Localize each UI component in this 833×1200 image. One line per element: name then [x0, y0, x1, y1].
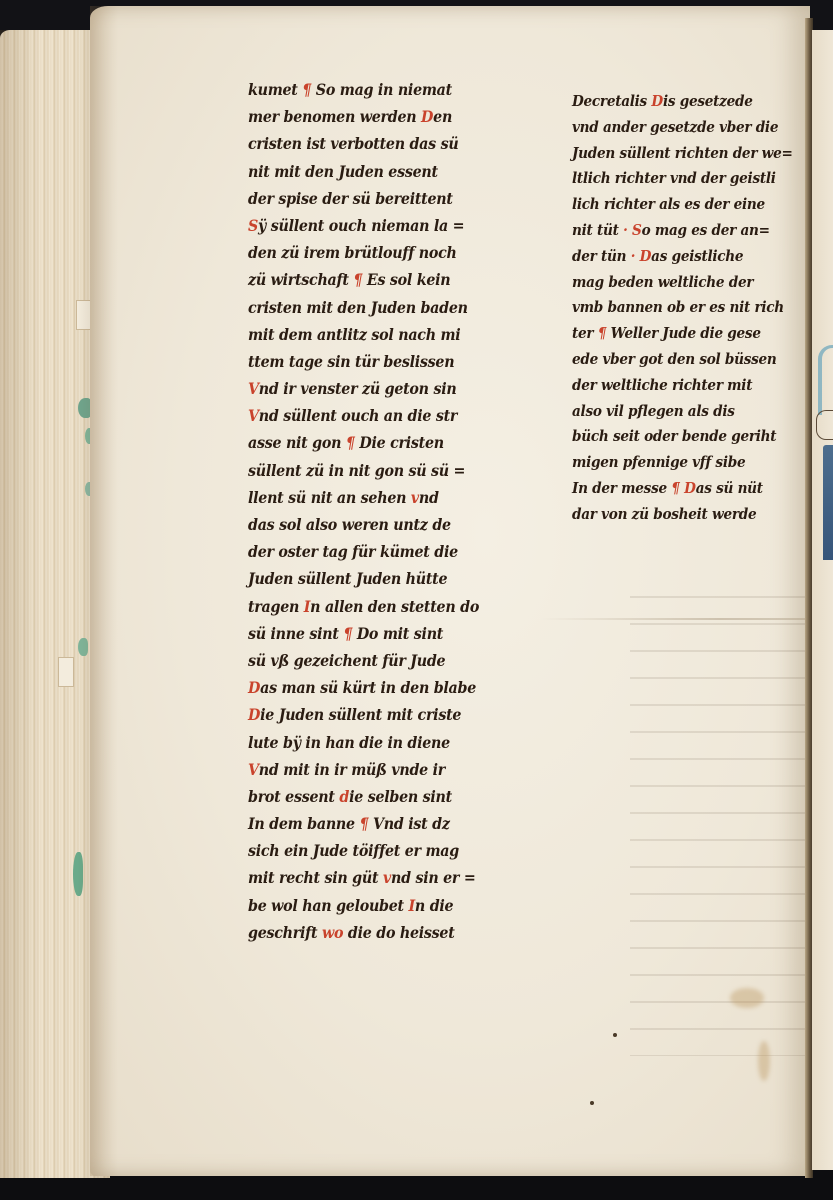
text-segment: ltlich richter vnd der geistli — [572, 170, 776, 187]
ink-speck — [613, 1033, 617, 1037]
rubric-mark: D — [421, 107, 433, 126]
text-segment: be wol han geloubet — [248, 896, 409, 915]
text-segment: büch seit oder bende geriht — [572, 428, 776, 445]
manuscript-line: geschrift wo die do heisset — [248, 919, 524, 946]
facing-page-illumination-blue-arc — [818, 345, 833, 415]
text-segment: Do mit sint — [357, 624, 443, 643]
manuscript-line: Die Juden süllent mit criste — [248, 701, 524, 728]
manuscript-line: sü vß gezeichent für Jude — [248, 647, 524, 674]
text-segment: zü wirtschaft — [248, 270, 353, 289]
text-segment: as man sü kürt in den blabe — [260, 678, 476, 697]
text-segment: cristen ist verbotten das sü — [248, 134, 458, 153]
green-illumination-edge-mark — [73, 852, 83, 896]
text-segment: tragen — [248, 597, 304, 616]
rubric-mark: v — [411, 488, 419, 507]
text-column-right: Decretalis Dis gesetzedevnd ander gesetz… — [572, 89, 800, 528]
text-segment: ie Juden süllent mit criste — [260, 705, 461, 724]
manuscript-line: der oster tag für kümet die — [248, 538, 524, 565]
manuscript-line: mit dem antlitz sol nach mi — [248, 321, 524, 348]
rubric-mark: D — [248, 705, 260, 724]
text-segment: nit tüt — [572, 222, 623, 239]
manuscript-line: zü wirtschaft ¶ Es sol kein — [248, 266, 524, 293]
text-segment: en — [433, 107, 452, 126]
text-segment: dar von zü bosheit werde — [572, 506, 756, 523]
text-segment: Vnd ist dz — [373, 814, 450, 833]
text-segment: asse nit gon — [248, 433, 346, 452]
manuscript-line: büch seit oder bende geriht — [572, 424, 782, 450]
manuscript-line: cristen mit den Juden baden — [248, 294, 524, 321]
rubric-mark: d — [339, 787, 349, 806]
rubric-mark: V — [248, 406, 259, 425]
rubric-mark: S — [248, 216, 258, 235]
text-segment: die do heisset — [343, 923, 454, 942]
rubric-mark: ¶ — [346, 433, 359, 452]
manuscript-line: Das man sü kürt in den blabe — [248, 674, 524, 701]
rubric-mark: D — [651, 93, 663, 110]
manuscript-line: lute bÿ in han die in diene — [248, 729, 524, 756]
text-segment: vmb bannen ob er es nit rich — [572, 299, 784, 316]
manuscript-line: Decretalis Dis gesetzede — [572, 89, 782, 115]
manuscript-line: migen pfennige vff sibe — [572, 450, 782, 476]
text-segment: sü inne sint — [248, 624, 343, 643]
manuscript-line: Vnd süllent ouch an die str — [248, 402, 524, 429]
text-segment: kumet — [248, 80, 302, 99]
manuscript-line: ttem tage sin tür beslissen — [248, 348, 524, 375]
manuscript-line: nit tüt · So mag es der an= — [572, 218, 782, 244]
manuscript-line: der tün · Das geistliche — [572, 244, 782, 270]
text-segment: as sü nüt — [696, 480, 763, 497]
text-segment: n allen den stetten do — [310, 597, 479, 616]
text-segment: vnd ander gesetzde vber die — [572, 119, 778, 136]
manuscript-line: nit mit den Juden essent — [248, 158, 524, 185]
page-fold-shadow — [90, 6, 118, 1176]
rubric-mark: ¶ — [671, 480, 684, 497]
manuscript-line: vmb bannen ob er es nit rich — [572, 295, 782, 321]
manuscript-line: der spise der sü bereittent — [248, 185, 524, 212]
text-segment: n die — [415, 896, 453, 915]
text-segment: also vil pflegen als dis — [572, 403, 735, 420]
manuscript-line: Juden süllent richten der we= — [572, 141, 782, 167]
text-segment: ter — [572, 325, 598, 342]
rubric-mark: ¶ — [343, 624, 356, 643]
text-segment: Juden süllent Juden hütte — [248, 569, 447, 588]
text-segment: das sol also weren untz de — [248, 515, 451, 534]
text-segment: cristen mit den Juden baden — [248, 298, 468, 317]
facing-page-illumination-blue-figure — [823, 445, 833, 560]
manuscript-line: den zü irem brütlouff noch — [248, 239, 524, 266]
manuscript-line: asse nit gon ¶ Die cristen — [248, 429, 524, 456]
page-tab-lower — [58, 657, 74, 687]
facing-page-edge — [812, 30, 833, 1170]
text-segment: der weltliche richter mit — [572, 377, 752, 394]
text-segment: Es sol kein — [367, 270, 450, 289]
manuscript-line: lich richter als es der eine — [572, 192, 782, 218]
manuscript-line: mag beden weltliche der — [572, 270, 782, 296]
text-segment: nd sin er = — [391, 868, 476, 887]
text-segment: brot essent — [248, 787, 339, 806]
rubric-mark: ¶ — [360, 814, 373, 833]
manuscript-line: In dem banne ¶ Vnd ist dz — [248, 810, 524, 837]
manuscript-line: ltlich richter vnd der geistli — [572, 166, 782, 192]
text-segment: So mag in niemat — [316, 80, 452, 99]
text-segment: Die cristen — [359, 433, 443, 452]
rubric-mark: V — [248, 760, 259, 779]
text-segment: In der messe — [572, 480, 671, 497]
rubric-mark: ¶ — [598, 325, 611, 342]
text-segment: nit mit den Juden essent — [248, 162, 438, 181]
text-segment: nd ir venster zü geton sin — [259, 379, 457, 398]
rubric-mark: ¶ — [302, 80, 315, 99]
manuscript-line: tragen In allen den stetten do — [248, 593, 524, 620]
manuscript-line: brot essent die selben sint — [248, 783, 524, 810]
text-column-left: kumet ¶ So mag in niematmer benomen werd… — [248, 76, 548, 946]
text-segment: der oster tag für kümet die — [248, 542, 458, 561]
text-segment: nd süllent ouch an die str — [259, 406, 457, 425]
manuscript-line: cristen ist verbotten das sü — [248, 130, 524, 157]
text-segment: Decretalis — [572, 93, 651, 110]
manuscript-line: mer benomen werden Den — [248, 103, 524, 130]
text-segment: ie selben sint — [349, 787, 452, 806]
rubric-mark: D — [684, 480, 696, 497]
foxing-stain — [730, 988, 764, 1008]
text-segment: is gesetzede — [663, 93, 753, 110]
text-segment: nd — [419, 488, 439, 507]
text-segment: Weller Jude die gese — [611, 325, 761, 342]
text-segment: süllent zü in nit gon sü sü = — [248, 461, 465, 480]
text-segment: der tün — [572, 248, 631, 265]
rubric-mark: S — [632, 222, 642, 239]
rubric-mark: ¶ — [353, 270, 366, 289]
manuscript-line: In der messe ¶ Das sü nüt — [572, 476, 782, 502]
text-segment: migen pfennige vff sibe — [572, 454, 745, 471]
text-segment: nd mit in ir müß vnde ir — [259, 760, 445, 779]
rubric-mark: V — [248, 379, 259, 398]
manuscript-line: Sÿ süllent ouch nieman la = — [248, 212, 524, 239]
green-illumination-edge-mark — [78, 638, 88, 656]
text-segment: lute bÿ in han die in diene — [248, 733, 450, 752]
text-segment: ÿ süllent ouch nieman la = — [258, 216, 464, 235]
facing-page-illumination-outline — [816, 410, 833, 440]
text-segment: den zü irem brütlouff noch — [248, 243, 457, 262]
text-segment: sü vß gezeichent für Jude — [248, 651, 445, 670]
text-segment: o mag es der an= — [642, 222, 770, 239]
text-segment: der spise der sü bereittent — [248, 189, 453, 208]
rubric-mark: wo — [322, 923, 343, 942]
text-segment: Juden süllent richten der we= — [572, 145, 793, 162]
text-segment: mer benomen werden — [248, 107, 421, 126]
foxing-stain — [758, 1041, 770, 1081]
manuscript-line: dar von zü bosheit werde — [572, 502, 782, 528]
text-segment: geschrift — [248, 923, 322, 942]
text-segment: llent sü nit an sehen — [248, 488, 411, 507]
text-segment: sich ein Jude töiffet er mag — [248, 841, 459, 860]
manuscript-line: Vnd mit in ir müß vnde ir — [248, 756, 524, 783]
text-segment: In dem banne — [248, 814, 360, 833]
rubric-mark: · — [623, 222, 632, 239]
text-segment: mag beden weltliche der — [572, 274, 753, 291]
manuscript-line: vnd ander gesetzde vber die — [572, 115, 782, 141]
manuscript-line: llent sü nit an sehen vnd — [248, 484, 524, 511]
rubric-mark: · — [631, 248, 640, 265]
manuscript-line: Vnd ir venster zü geton sin — [248, 375, 524, 402]
manuscript-line: ede vber got den sol büssen — [572, 347, 782, 373]
text-segment: lich richter als es der eine — [572, 196, 765, 213]
rubric-mark: D — [640, 248, 652, 265]
manuscript-line: mit recht sin güt vnd sin er = — [248, 864, 524, 891]
manuscript-line: be wol han geloubet In die — [248, 892, 524, 919]
manuscript-line: sich ein Jude töiffet er mag — [248, 837, 524, 864]
manuscript-line: das sol also weren untz de — [248, 511, 524, 538]
manuscript-line: ter ¶ Weller Jude die gese — [572, 321, 782, 347]
rubric-mark: D — [248, 678, 260, 697]
manuscript-line: süllent zü in nit gon sü sü = — [248, 457, 524, 484]
text-segment: ede vber got den sol büssen — [572, 351, 777, 368]
ink-speck — [590, 1101, 594, 1105]
text-segment: mit dem antlitz sol nach mi — [248, 325, 460, 344]
manuscript-line: kumet ¶ So mag in niemat — [248, 76, 524, 103]
manuscript-line: sü inne sint ¶ Do mit sint — [248, 620, 524, 647]
text-segment: as geistliche — [651, 248, 743, 265]
text-segment: mit recht sin güt — [248, 868, 383, 887]
manuscript-line: der weltliche richter mit — [572, 373, 782, 399]
ink-show-through — [630, 596, 833, 1056]
page-crease — [540, 618, 833, 620]
manuscript-line: Juden süllent Juden hütte — [248, 565, 524, 592]
manuscript-line: also vil pflegen als dis — [572, 399, 782, 425]
text-segment: ttem tage sin tür beslissen — [248, 352, 454, 371]
